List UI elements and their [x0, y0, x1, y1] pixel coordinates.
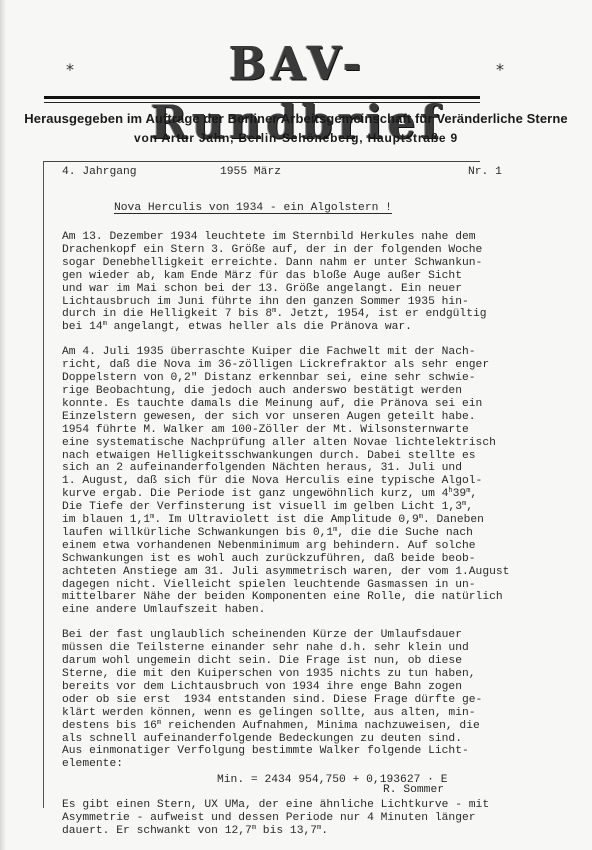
text-line: Schwankungen ist es wohl auch zurückzufü…	[62, 553, 532, 566]
text-line: Die Tiefe der Verfinsterung ist visuell …	[62, 501, 532, 514]
issue-number: Nr. 1	[468, 166, 502, 178]
text-line: Drachenkopf ein Stern 3. Größe auf, der …	[62, 244, 532, 257]
text-line: oder ob sie erst 1934 entstanden sind. D…	[62, 694, 532, 707]
text-line: und war im Mai schon bei der 13. Größe a…	[62, 283, 532, 296]
text-line: Einzelstern gewesen, der sich vor unsere…	[62, 411, 532, 424]
text-line: durch in die Helligkeit 7 bis 8m. Jetzt,…	[62, 308, 532, 321]
text-line: laufen willkürliche Schwankungen bis 0,1…	[62, 527, 532, 540]
masthead-banner: * BAV-Rundbrief *	[0, 38, 592, 98]
text-line: 1954 führte M. Walker am 100-Zöller der …	[62, 424, 532, 437]
text-line: im blauen 1,1m. Im Ultraviolett ist die …	[62, 514, 532, 527]
text-line: sogar Denebhelligkeit erreichte. Dann na…	[62, 257, 532, 270]
text-line: Es gibt einen Stern, UX UMa, der eine äh…	[62, 799, 532, 812]
text-line: richt, daß die Nova im 36-zölligen Lickr…	[62, 359, 532, 372]
text-line: darum wohl ungemein dicht sein. Die Frag…	[62, 655, 532, 668]
article-body: Am 13. Dezember 1934 leuchtete im Sternb…	[62, 231, 532, 850]
text-line: destens bis 16m reichenden Aufnahmen, Mi…	[62, 720, 532, 733]
text-line: eine systematische Nachprüfung aller alt…	[62, 437, 532, 450]
text-line: klärt werden können, wenn es gelingen so…	[62, 707, 532, 720]
text-line: bei 14m angelangt, etwas heller als die …	[62, 321, 532, 334]
text-line: Doppelstern von 0,2" Distanz erkennbar s…	[62, 372, 532, 385]
article-paragraph: Es gibt einen Stern, UX UMa, der eine äh…	[62, 799, 532, 838]
star-ornament-icon: *	[66, 60, 74, 79]
article-paragraph: Am 4. Juli 1935 überraschte Kuiper die F…	[62, 346, 532, 617]
masthead-rule-thin	[44, 102, 480, 103]
article-title: Nova Herculis von 1934 - ein Algolstern …	[114, 202, 392, 214]
address-line: von Artur Jahn, Berlin-Schöneberg, Haupt…	[0, 131, 592, 145]
text-line: Bei der fast unglaublich scheinenden Kür…	[62, 629, 532, 642]
scan-page-edge	[0, 0, 6, 850]
text-line: dagegen nicht. Vielleicht spielen leucht…	[62, 579, 532, 592]
text-line: achteten Anstiege am 31. Juli asymmetris…	[62, 566, 532, 579]
text-line: müssen die Teilsterne einander sehr nahe…	[62, 642, 532, 655]
text-line: rige Beobachtung, die jedoch auch anders…	[62, 385, 532, 398]
text-line: Sterne, die mit den Kuiperschen von 1935…	[62, 668, 532, 681]
text-line: Lichtausbruch im Juni führte ihn den gan…	[62, 296, 532, 309]
article-paragraph: Am 13. Dezember 1934 leuchtete im Sternb…	[62, 231, 532, 334]
text-line: Asymmetrie - aufweist und dessen Periode…	[62, 812, 532, 825]
text-line: gen wieder ab, kam Ende März für das blo…	[62, 270, 532, 283]
text-line: Am 4. Juli 1935 überraschte Kuiper die F…	[62, 346, 532, 359]
content-frame-left-border	[43, 161, 44, 808]
text-line: Aus einmonatiger Verfolgung bestimmte Wa…	[62, 745, 532, 758]
text-line: Am 13. Dezember 1934 leuchtete im Sternb…	[62, 231, 532, 244]
text-line: nach etwaigen Helligkeitsschwankungen du…	[62, 450, 532, 463]
text-line: elemente:	[62, 758, 532, 771]
text-line: bereits vor dem Lichtausbruch von 1934 i…	[62, 681, 532, 694]
publisher-line: Herausgegeben im Auftrage der Berliner A…	[0, 111, 592, 126]
masthead-rule-thick	[44, 96, 480, 99]
text-line: als schnell aufeinanderfolgende Bedeckun…	[62, 733, 532, 746]
text-line: eine andere Umlaufszeit haben.	[62, 604, 532, 617]
text-line: mittelbarer Nähe der beiden Komponenten …	[62, 591, 532, 604]
light-elements-formula: Min. = 2434 954,750 + 0,193627 · E	[62, 774, 532, 787]
content-frame-top-border	[43, 161, 480, 162]
text-line: 1. August, daß sich für die Nova Herculi…	[62, 475, 532, 488]
text-line: dauert. Er schwankt von 12,7m bis 13,7m.	[62, 825, 532, 838]
article-paragraph: Bei der fast unglaublich scheinenden Kür…	[62, 629, 532, 787]
text-line: sich an 2 aufeinanderfolgenden Nächten h…	[62, 462, 532, 475]
text-line: einem etwa vorhandenen Nebenminimum arg …	[62, 540, 532, 553]
author-signature: R. Sommer	[383, 784, 444, 796]
star-ornament-icon: *	[496, 60, 504, 79]
issue-volume: 4. Jahrgang	[62, 166, 137, 178]
text-line: konnte. Es tauchte damals die Meinung au…	[62, 398, 532, 411]
issue-date: 1955 März	[220, 166, 281, 178]
